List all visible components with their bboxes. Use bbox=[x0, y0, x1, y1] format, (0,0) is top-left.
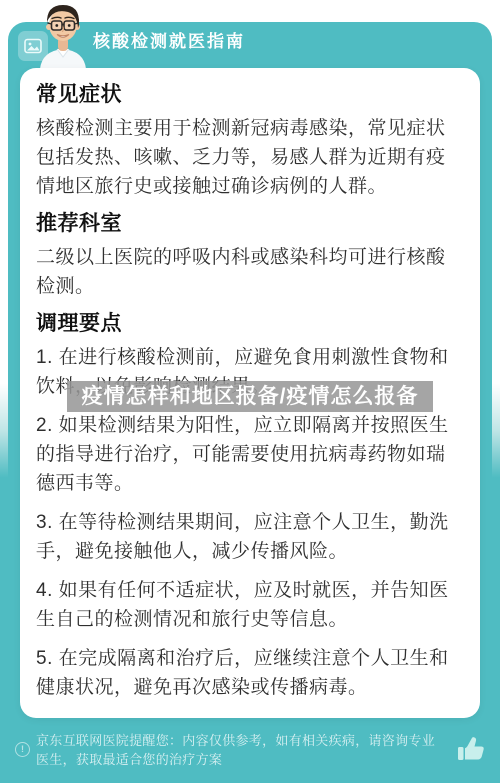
care-point-item-2: 2. 如果检测结果为阳性，应立即隔离并按照医生的指导进行治疗，可能需要使用抗病毒… bbox=[36, 411, 456, 498]
thumbs-up-icon[interactable] bbox=[455, 733, 487, 765]
section-heading-care-points: 调理要点 bbox=[36, 311, 456, 337]
section-heading-common-symptoms: 常见症状 bbox=[36, 82, 456, 108]
care-point-item-4: 4. 如果有任何不适症状，应及时就医，并告知医生自己的检测情况和旅行史等信息。 bbox=[36, 576, 456, 634]
disclaimer-text: 京东互联网医院提醒您：内容仅供参考，如有相关疾病，请咨询专业医生，获取最适合您的… bbox=[36, 731, 448, 769]
section-heading-recommended-department: 推荐科室 bbox=[36, 211, 456, 237]
notice-icon: ! bbox=[15, 742, 30, 757]
doctor-avatar bbox=[32, 3, 94, 69]
care-point-item-5: 5. 在完成隔离和治疗后，应继续注意个人卫生和健康状况，避免再次感染或传播病毒。 bbox=[36, 644, 456, 702]
paragraph-common-symptoms: 核酸检测主要用于检测新冠病毒感染，常见症状包括发热、咳嗽、乏力等，易感人群为近期… bbox=[36, 114, 456, 201]
watermark-banner: 疫情怎样和地区报备/疫情怎么报备 bbox=[67, 381, 433, 412]
care-point-item-3: 3. 在等待检测结果期间，应注意个人卫生，勤洗手，避免接触他人，减少传播风险。 bbox=[36, 508, 456, 566]
paragraph-recommended-department: 二级以上医院的呼吸内科或感染科均可进行核酸检测。 bbox=[36, 243, 456, 301]
page-title: 核酸检测就医指南 bbox=[93, 27, 245, 52]
